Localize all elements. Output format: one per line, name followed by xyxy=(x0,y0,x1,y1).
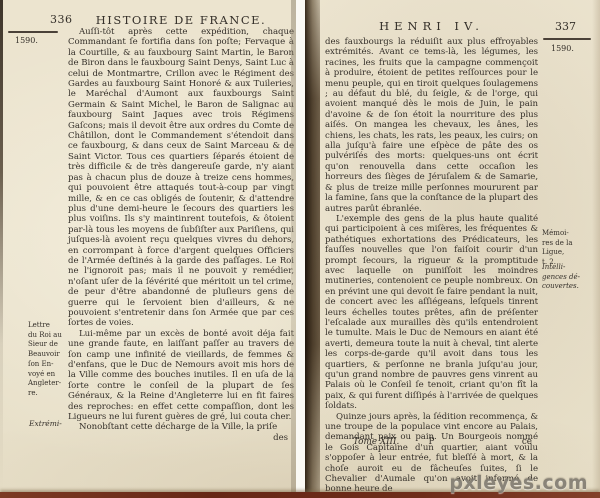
right-running-title: HENRI IV. xyxy=(325,19,538,33)
paragraph: des fauxbourgs la réduiſit aux plus effr… xyxy=(325,37,538,214)
right-margin-year: 1590. xyxy=(551,44,574,53)
left-body-text: Auſſi-tôt après cette expédition, chaque… xyxy=(68,27,294,443)
paragraph: Lui-même par un excès de bonté avoit déj… xyxy=(68,329,294,423)
left-catchword: des xyxy=(68,433,294,443)
left-margin-note-extremi: Extrémi- xyxy=(29,419,62,429)
left-margin-year: 1590. xyxy=(15,36,38,45)
pxleyes-watermark: pxleyes.com xyxy=(449,472,588,494)
right-margin-rule xyxy=(543,38,591,40)
gutter-gap xyxy=(296,0,305,498)
book-scan: 336 HISTOIRE DE FRANCE. 1590. Lettre du … xyxy=(0,0,600,498)
left-page-edge xyxy=(0,0,3,492)
right-page: HENRI IV. 337 1590. Mémoi- res de la Lig… xyxy=(305,0,600,492)
left-margin-rule xyxy=(8,31,58,33)
right-page-footer: Tome XIII. P ce xyxy=(325,437,538,449)
left-running-title: HISTOIRE DE FRANCE. xyxy=(68,13,294,27)
left-margin-note-letter: Lettre du Roi au Sieur de Beauvoir ſon E… xyxy=(28,321,70,399)
paragraph: Nonobſtant cette décharge de la Ville, l… xyxy=(68,422,294,432)
right-margin-note-memoires: Mémoi- res de la Ligue, t. 2. xyxy=(542,229,596,268)
right-page-number: 337 xyxy=(555,20,576,33)
right-body-text: des fauxbourgs la réduiſit aux plus effr… xyxy=(325,37,538,495)
paragraph: Auſſi-tôt après cette expédition, chaque… xyxy=(68,27,294,329)
left-page: 336 HISTOIRE DE FRANCE. 1590. Lettre du … xyxy=(2,0,296,492)
right-margin-note-intelligences: Intelli- gences dé- couvertes. xyxy=(542,263,596,292)
right-catchword: ce xyxy=(522,437,532,447)
paragraph: L'exemple des gens de la plus haute qual… xyxy=(325,214,538,412)
gathering-signature: P xyxy=(325,437,538,447)
